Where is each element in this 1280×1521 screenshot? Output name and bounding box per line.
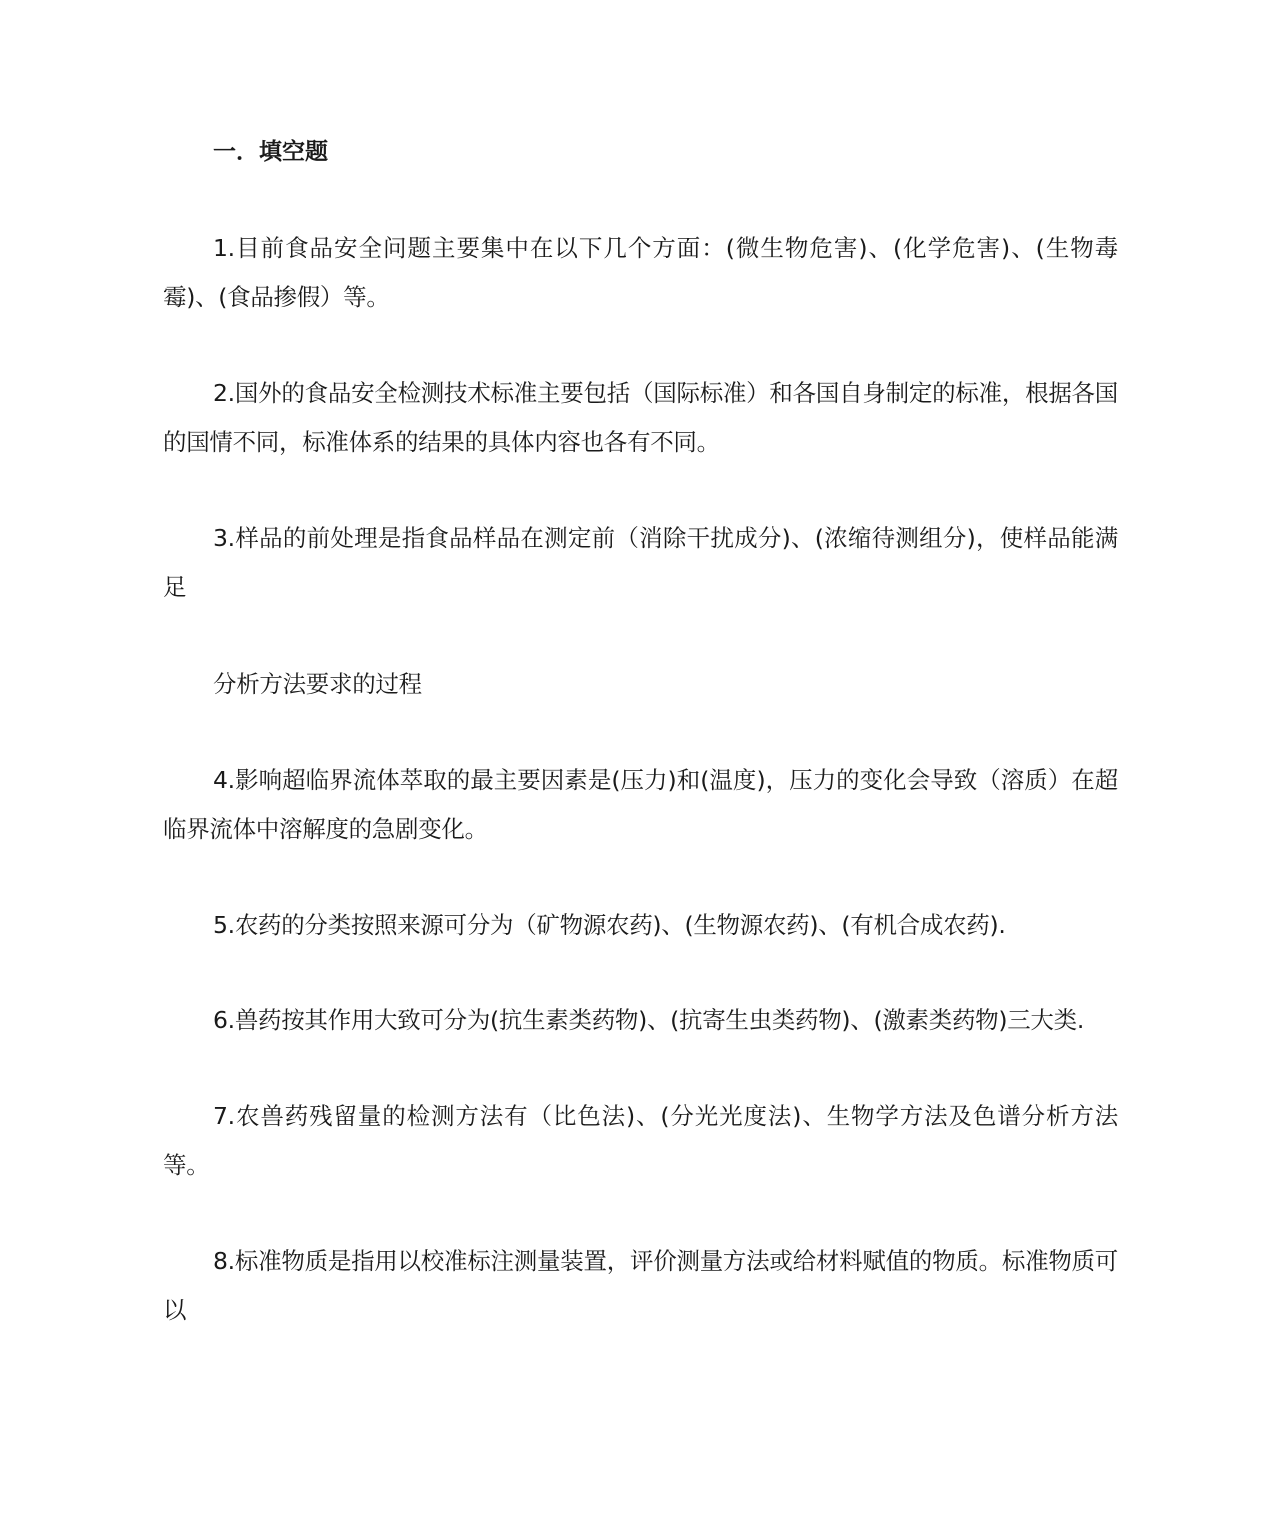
question-3: 3.样品的前处理是指食品样品在测定前（消除干扰成分)、(浓缩待测组分)，使样品能… [163, 514, 1118, 612]
question-8: 8.标准物质是指用以校准标注测量装置，评价测量方法或给材料赋值的物质。标准物质可… [163, 1237, 1118, 1335]
question-1: 1.目前食品安全问题主要集中在以下几个方面：(微生物危害)、(化学危害)、(生物… [163, 224, 1118, 322]
question-3-continuation: 分析方法要求的过程 [163, 660, 1118, 709]
question-4: 4.影响超临界流体萃取的最主要因素是(压力)和(温度)，压力的变化会导致（溶质）… [163, 756, 1118, 854]
section-heading: 一．填空题 [213, 136, 328, 168]
question-6: 6.兽药按其作用大致可分为(抗生素类药物)、(抗寄生虫类药物)、(激素类药物)三… [163, 996, 1118, 1045]
question-2: 2.国外的食品安全检测技术标准主要包括（国际标准）和各国自身制定的标准，根据各国… [163, 369, 1118, 467]
question-7: 7.农兽药残留量的检测方法有（比色法)、(分光光度法)、生物学方法及色谱分析方法… [163, 1092, 1118, 1190]
question-5: 5.农药的分类按照来源可分为（矿物源农药)、(生物源农药)、(有机合成农药). [163, 901, 1118, 950]
